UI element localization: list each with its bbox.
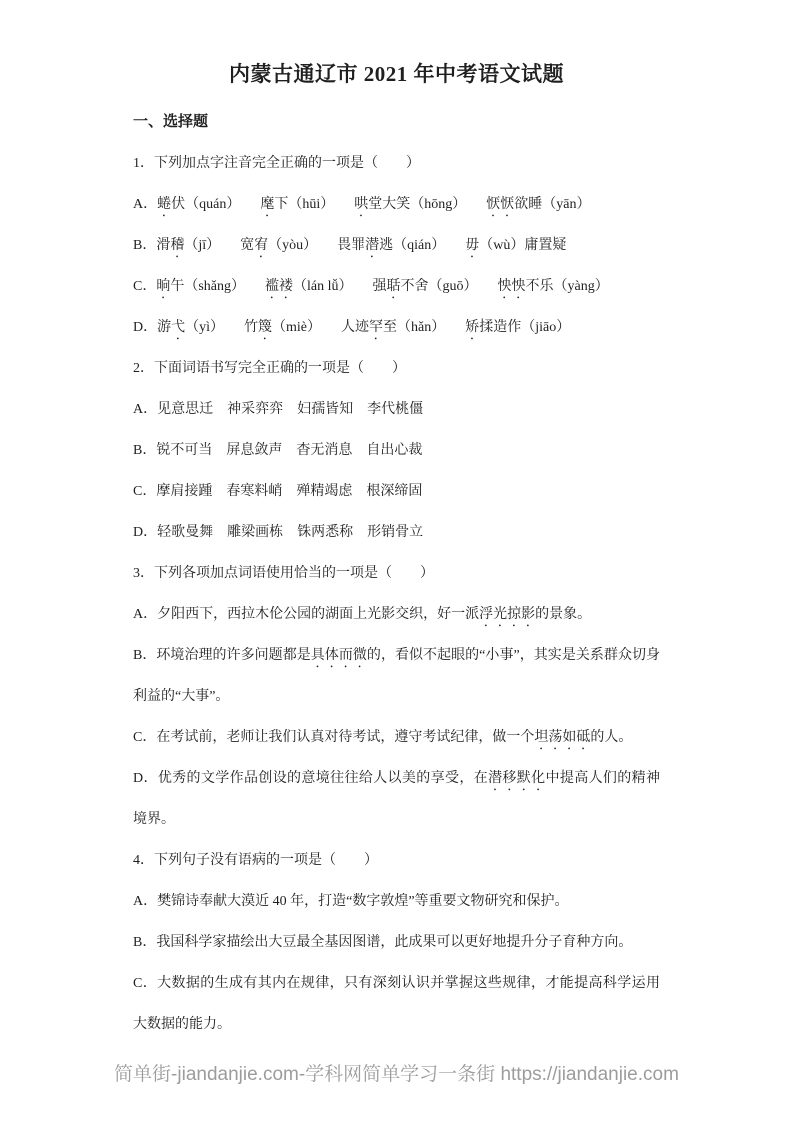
option-line: D．游弋（yì）竹篾（miè）人迹罕至（hǎn）矫揉造作（jiāo） (133, 307, 660, 348)
questions-container: 1．下列加点字注音完全正确的一项是（ ）A．蜷伏（quán）麾下（hūi）哄堂大… (133, 143, 660, 1045)
emphasized-text: 毋 (465, 238, 479, 253)
emphasized-text: 晌 (156, 279, 170, 294)
option-line: B．环境治理的许多问题都是具体而微的，看似不起眼的“小事”，其实是关系群众切身利… (133, 635, 660, 717)
text-segment: （jī） (184, 238, 220, 253)
option-line: D．优秀的文学作品创设的意境往往给人以美的享受，在潜移默化中提高人们的精神境界。 (133, 758, 660, 840)
emphasized-text: 浮光掠影 (479, 607, 535, 622)
option-line: C．在考试前，老师让我们认真对待考试，遵守考试纪律，做一个坦荡如砥的人。 (133, 717, 660, 758)
text-segment: B．我国科学家描绘出大豆最全基因图谱，此成果可以更好地提升分子育种方向。 (133, 935, 632, 950)
text-segment: C．摩肩接踵 春寒料峭 殚精竭虑 根深缔固 (133, 484, 422, 499)
text-segment: C． (133, 279, 156, 294)
text-segment: A． (133, 197, 157, 212)
watermark-footer: 简单街-jiandanjie.com-学科网简单学习一条街 https://ji… (0, 1062, 793, 1088)
exam-page: { "title": "内蒙古通辽市 2021 年中考语文试题", "secti… (0, 0, 793, 1122)
text-segment: D．轻歌曼舞 雕梁画栋 铢两悉称 形销骨立 (133, 525, 423, 540)
text-segment: A．见意思迁 神采弈弈 妇孺皆知 李代桃僵 (133, 402, 423, 417)
emphasized-text: 宥 (254, 238, 268, 253)
text-segment: C．在考试前，老师让我们认真对待考试，遵守考试纪律，做一个 (133, 730, 534, 745)
text-segment: D．优秀的文学作品创设的意境往往给人以美的享受，在 (133, 771, 488, 786)
option-line: A．见意思迁 神采弈弈 妇孺皆知 李代桃僵 (133, 389, 660, 430)
option-line: B．滑稽（jī）宽宥（yòu）畏罪潜逃（qián）毋（wù）庸置疑 (133, 225, 660, 266)
option-line: A．樊锦诗奉献大漠近 40 年，打造“数字敦煌”等重要文物研究和保护。 (133, 881, 660, 922)
page-title: 内蒙古通辽市 2021 年中考语文试题 (133, 54, 660, 94)
text-segment: 欲睡（yān） (514, 197, 590, 212)
text-segment: 不舍（guō） (401, 279, 478, 294)
text-segment: （wù）庸置疑 (479, 238, 566, 253)
text-segment: 至（hǎn） (383, 320, 445, 335)
text-segment: B．环境治理的许多问题都是 (133, 648, 311, 663)
emphasized-text: 哄 (354, 197, 368, 212)
emphasized-text: 怏怏 (498, 279, 526, 294)
emphasized-text: 篾 (258, 320, 272, 335)
text-segment: 午（shǎng） (170, 279, 245, 294)
emphasized-text: 聒 (387, 279, 401, 294)
emphasized-text: 弋 (171, 320, 185, 335)
emphasized-text: 坦荡如砥 (534, 730, 590, 745)
emphasized-text: 潜 (365, 238, 379, 253)
emphasized-text: 稽 (170, 238, 184, 253)
section-heading: 一、选择题 (133, 102, 660, 143)
text-segment: C．大数据的生成有其内在规律，只有深刻认识并掌握这些规律，才能提高科学运用大数据… (133, 976, 660, 1032)
text-segment: （miè） (272, 320, 321, 335)
text-segment: 不乐（yàng） (526, 279, 609, 294)
text-segment: 人迹 (341, 320, 369, 335)
text-segment: D．游 (133, 320, 171, 335)
text-segment: A．夕阳西下，西拉木伦公园的湖面上光影交织，好一派 (133, 607, 479, 622)
text-segment: B．锐不可当 屏息敛声 杳无消息 自出心裁 (133, 443, 422, 458)
option-line: B．锐不可当 屏息敛声 杳无消息 自出心裁 (133, 430, 660, 471)
option-line: D．轻歌曼舞 雕梁画栋 铢两悉称 形销骨立 (133, 512, 660, 553)
option-line: C．晌午（shǎng）褴褛（lán lǚ）强聒不舍（guō）怏怏不乐（yàng） (133, 266, 660, 307)
emphasized-text: 罕 (369, 320, 383, 335)
option-line: B．我国科学家描绘出大豆最全基因图谱，此成果可以更好地提升分子育种方向。 (133, 922, 660, 963)
question-stem: 3．下列各项加点词语使用恰当的一项是（ ） (133, 553, 660, 594)
emphasized-text: 褴褛 (265, 279, 293, 294)
emphasized-text: 潜移默化 (488, 771, 545, 786)
text-segment: 畏罪 (337, 238, 365, 253)
text-segment: A．樊锦诗奉献大漠近 40 年，打造“数字敦煌”等重要文物研究和保护。 (133, 894, 569, 909)
text-segment: 宽 (240, 238, 254, 253)
option-line: C．摩肩接踵 春寒料峭 殚精竭虑 根深缔固 (133, 471, 660, 512)
emphasized-text: 矫 (465, 320, 479, 335)
text-segment: （yì） (185, 320, 224, 335)
text-segment: 竹 (244, 320, 258, 335)
text-segment: 伏（quán） (171, 197, 240, 212)
text-segment: （lán lǚ） (293, 279, 353, 294)
question-stem: 2．下面词语书写完全正确的一项是（ ） (133, 348, 660, 389)
question-stem: 4．下列句子没有语病的一项是（ ） (133, 840, 660, 881)
text-segment: （yòu） (268, 238, 317, 253)
option-line: A．蜷伏（quán）麾下（hūi）哄堂大笑（hōng）恹恹欲睡（yān） (133, 184, 660, 225)
option-line: A．夕阳西下，西拉木伦公园的湖面上光影交织，好一派浮光掠影的景象。 (133, 594, 660, 635)
text-segment: B．滑 (133, 238, 170, 253)
text-segment: 揉造作（jiāo） (479, 320, 570, 335)
emphasized-text: 蜷 (157, 197, 171, 212)
text-segment: 下（hūi） (274, 197, 334, 212)
option-line: C．大数据的生成有其内在规律，只有深刻认识并掌握这些规律，才能提高科学运用大数据… (133, 963, 660, 1045)
emphasized-text: 麾 (260, 197, 274, 212)
text-segment: 逃（qián） (379, 238, 445, 253)
text-segment: 的人。 (590, 730, 632, 745)
text-segment: 堂大笑（hōng） (368, 197, 466, 212)
exam-document: 内蒙古通辽市 2021 年中考语文试题 一、选择题 1．下列加点字注音完全正确的… (0, 0, 793, 1045)
text-segment: 的景象。 (535, 607, 591, 622)
text-segment: 强 (373, 279, 387, 294)
emphasized-text: 具体而微 (311, 648, 367, 663)
question-stem: 1．下列加点字注音完全正确的一项是（ ） (133, 143, 660, 184)
emphasized-text: 恹恹 (486, 197, 514, 212)
